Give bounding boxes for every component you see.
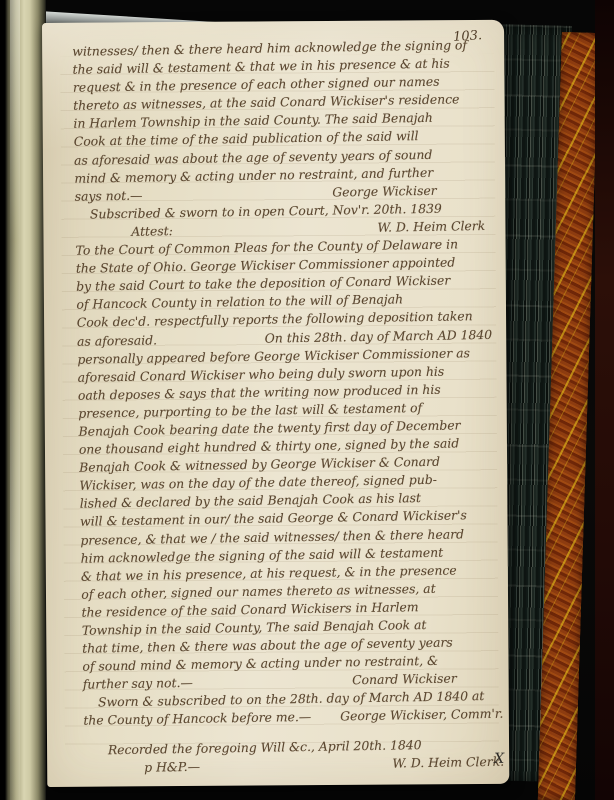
manuscript-text: witnesses/ then & there heard him acknow… xyxy=(72,36,504,778)
signature-george-wickiser: George Wickiser xyxy=(332,182,437,202)
signature-commissioner: George Wickiser, Comm'r. xyxy=(340,705,503,726)
photo-of-record-book: 103. witnesses/ then & there heard him a… xyxy=(0,0,614,800)
line-text: the County of Hancock before me.— xyxy=(83,708,311,730)
line-text: further say not.— xyxy=(83,674,193,694)
mylar-strip xyxy=(0,0,46,800)
signature-clerk: W. D. Heim Clerk xyxy=(377,217,485,237)
line-text: says not.— xyxy=(75,186,143,205)
cover-board-edge xyxy=(595,0,614,800)
pencil-x-mark: X xyxy=(494,751,504,767)
signature-clerk-footer: W. D. Heim Clerk. xyxy=(392,752,504,772)
recording-note: Recorded the foregoing Will &c., April 2… xyxy=(84,734,505,777)
line-text: as aforesaid. xyxy=(77,331,157,350)
recorder-initials: p H&P.— xyxy=(144,757,200,776)
signature-conard-wickiser: Conard Wickiser xyxy=(352,670,457,690)
manuscript-page: 103. witnesses/ then & there heard him a… xyxy=(42,20,509,787)
attest-label: Attest: xyxy=(131,222,173,241)
